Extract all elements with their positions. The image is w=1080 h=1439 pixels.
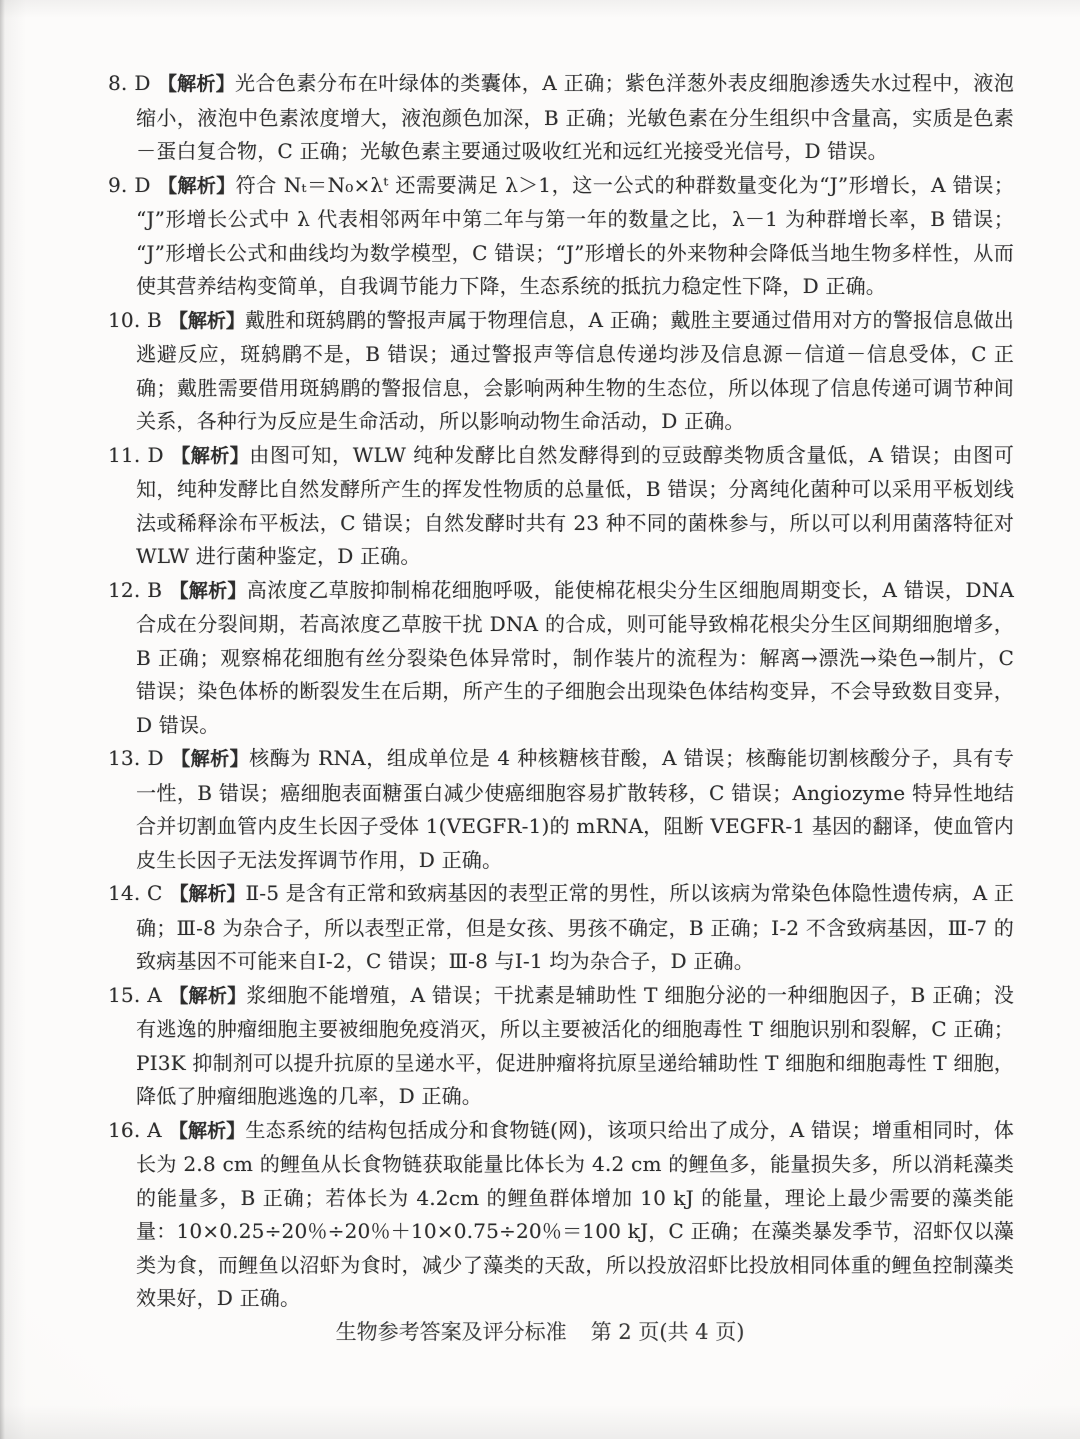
explanation-text: 浆细胞不能增殖，A 错误；干扰素是辅助性 T 细胞分泌的一种细胞因子，B 正确；… xyxy=(136,983,1014,1109)
document-page: 8. D【解析】光合色素分布在叶绿体的类囊体，A 正确；紫色洋葱外表皮细胞渗透失… xyxy=(0,0,1080,1439)
answer-item-13: 13. D【解析】核酶为 RNA，组成单位是 4 种核糖核苷酸，A 错误；核酶能… xyxy=(108,742,1014,877)
explanation-text: 光合色素分布在叶绿体的类囊体，A 正确；紫色洋葱外表皮细胞渗透失水过程中，液泡缩… xyxy=(136,71,1014,163)
answer-item-16: 16. A【解析】生态系统的结构包括成分和食物链(网)，该项只给出了成分，A 错… xyxy=(108,1114,1014,1316)
explanation-text: 符合 Nₜ＝N₀×λᵗ 还需要满足 λ＞1，这一公式的种群数量变化为“J”形增长… xyxy=(136,173,1014,299)
explanation-text: 由图可知，WLW 纯种发酵比自然发酵得到的豆豉醇类物质含量低，A 错误；由图可知… xyxy=(136,443,1014,569)
analysis-marker: 【解析】 xyxy=(169,985,247,1007)
explanation-text: 戴胜和斑鸫鹛的警报声属于物理信息，A 正确；戴胜主要通过借用对方的警报信息做出逃… xyxy=(136,308,1014,434)
question-number-answer: 10. B xyxy=(108,308,162,332)
analysis-marker: 【解析】 xyxy=(171,748,249,770)
answer-item-14: 14. C【解析】Ⅱ-5 是含有正常和致病基因的表型正常的男性，所以该病为常染色… xyxy=(108,877,1014,979)
analysis-marker: 【解析】 xyxy=(169,310,245,332)
explanation-text: Ⅱ-5 是含有正常和致病基因的表型正常的男性，所以该病为常染色体隐性遗传病，A … xyxy=(136,881,1014,973)
answer-item-8: 8. D【解析】光合色素分布在叶绿体的类囊体，A 正确；紫色洋葱外表皮细胞渗透失… xyxy=(108,67,1014,169)
analysis-marker: 【解析】 xyxy=(158,175,236,197)
question-number-answer: 12. B xyxy=(108,578,162,602)
question-number-answer: 11. D xyxy=(108,443,164,467)
explanation-text: 高浓度乙草胺抑制棉花细胞呼吸，能使棉花根尖分生区细胞周期变长，A 错误，DNA … xyxy=(136,578,1014,737)
question-number-answer: 16. A xyxy=(108,1118,162,1142)
explanation-text: 核酶为 RNA，组成单位是 4 种核糖核苷酸，A 错误；核酶能切割核酸分子，具有… xyxy=(136,746,1014,872)
explanation-text: 生态系统的结构包括成分和食物链(网)，该项只给出了成分，A 错误；增重相同时，体… xyxy=(136,1118,1014,1311)
footer-document-title: 生物参考答案及评分标准 xyxy=(336,1316,567,1346)
page-footer: 生物参考答案及评分标准 第 2 页(共 4 页) xyxy=(0,1316,1080,1346)
analysis-marker: 【解析】 xyxy=(158,73,235,95)
question-number-answer: 15. A xyxy=(108,983,162,1007)
analysis-marker: 【解析】 xyxy=(171,445,250,467)
footer-page-number: 第 2 页(共 4 页) xyxy=(591,1316,745,1346)
answer-item-12: 12. B【解析】高浓度乙草胺抑制棉花细胞呼吸，能使棉花根尖分生区细胞周期变长，… xyxy=(108,574,1014,743)
question-number-answer: 9. D xyxy=(108,173,151,197)
analysis-marker: 【解析】 xyxy=(169,883,245,905)
question-number-answer: 13. D xyxy=(108,746,164,770)
question-number-answer: 14. C xyxy=(108,881,162,905)
answer-item-9: 9. D【解析】符合 Nₜ＝N₀×λᵗ 还需要满足 λ＞1，这一公式的种群数量变… xyxy=(108,169,1014,304)
answer-explanation-list: 8. D【解析】光合色素分布在叶绿体的类囊体，A 正确；紫色洋葱外表皮细胞渗透失… xyxy=(108,67,1014,1316)
answer-item-11: 11. D【解析】由图可知，WLW 纯种发酵比自然发酵得到的豆豉醇类物质含量低，… xyxy=(108,439,1014,574)
question-number-answer: 8. D xyxy=(108,71,151,95)
answer-item-15: 15. A【解析】浆细胞不能增殖，A 错误；干扰素是辅助性 T 细胞分泌的一种细… xyxy=(108,979,1014,1114)
analysis-marker: 【解析】 xyxy=(169,580,247,602)
answer-item-10: 10. B【解析】戴胜和斑鸫鹛的警报声属于物理信息，A 正确；戴胜主要通过借用对… xyxy=(108,304,1014,439)
analysis-marker: 【解析】 xyxy=(169,1120,246,1142)
